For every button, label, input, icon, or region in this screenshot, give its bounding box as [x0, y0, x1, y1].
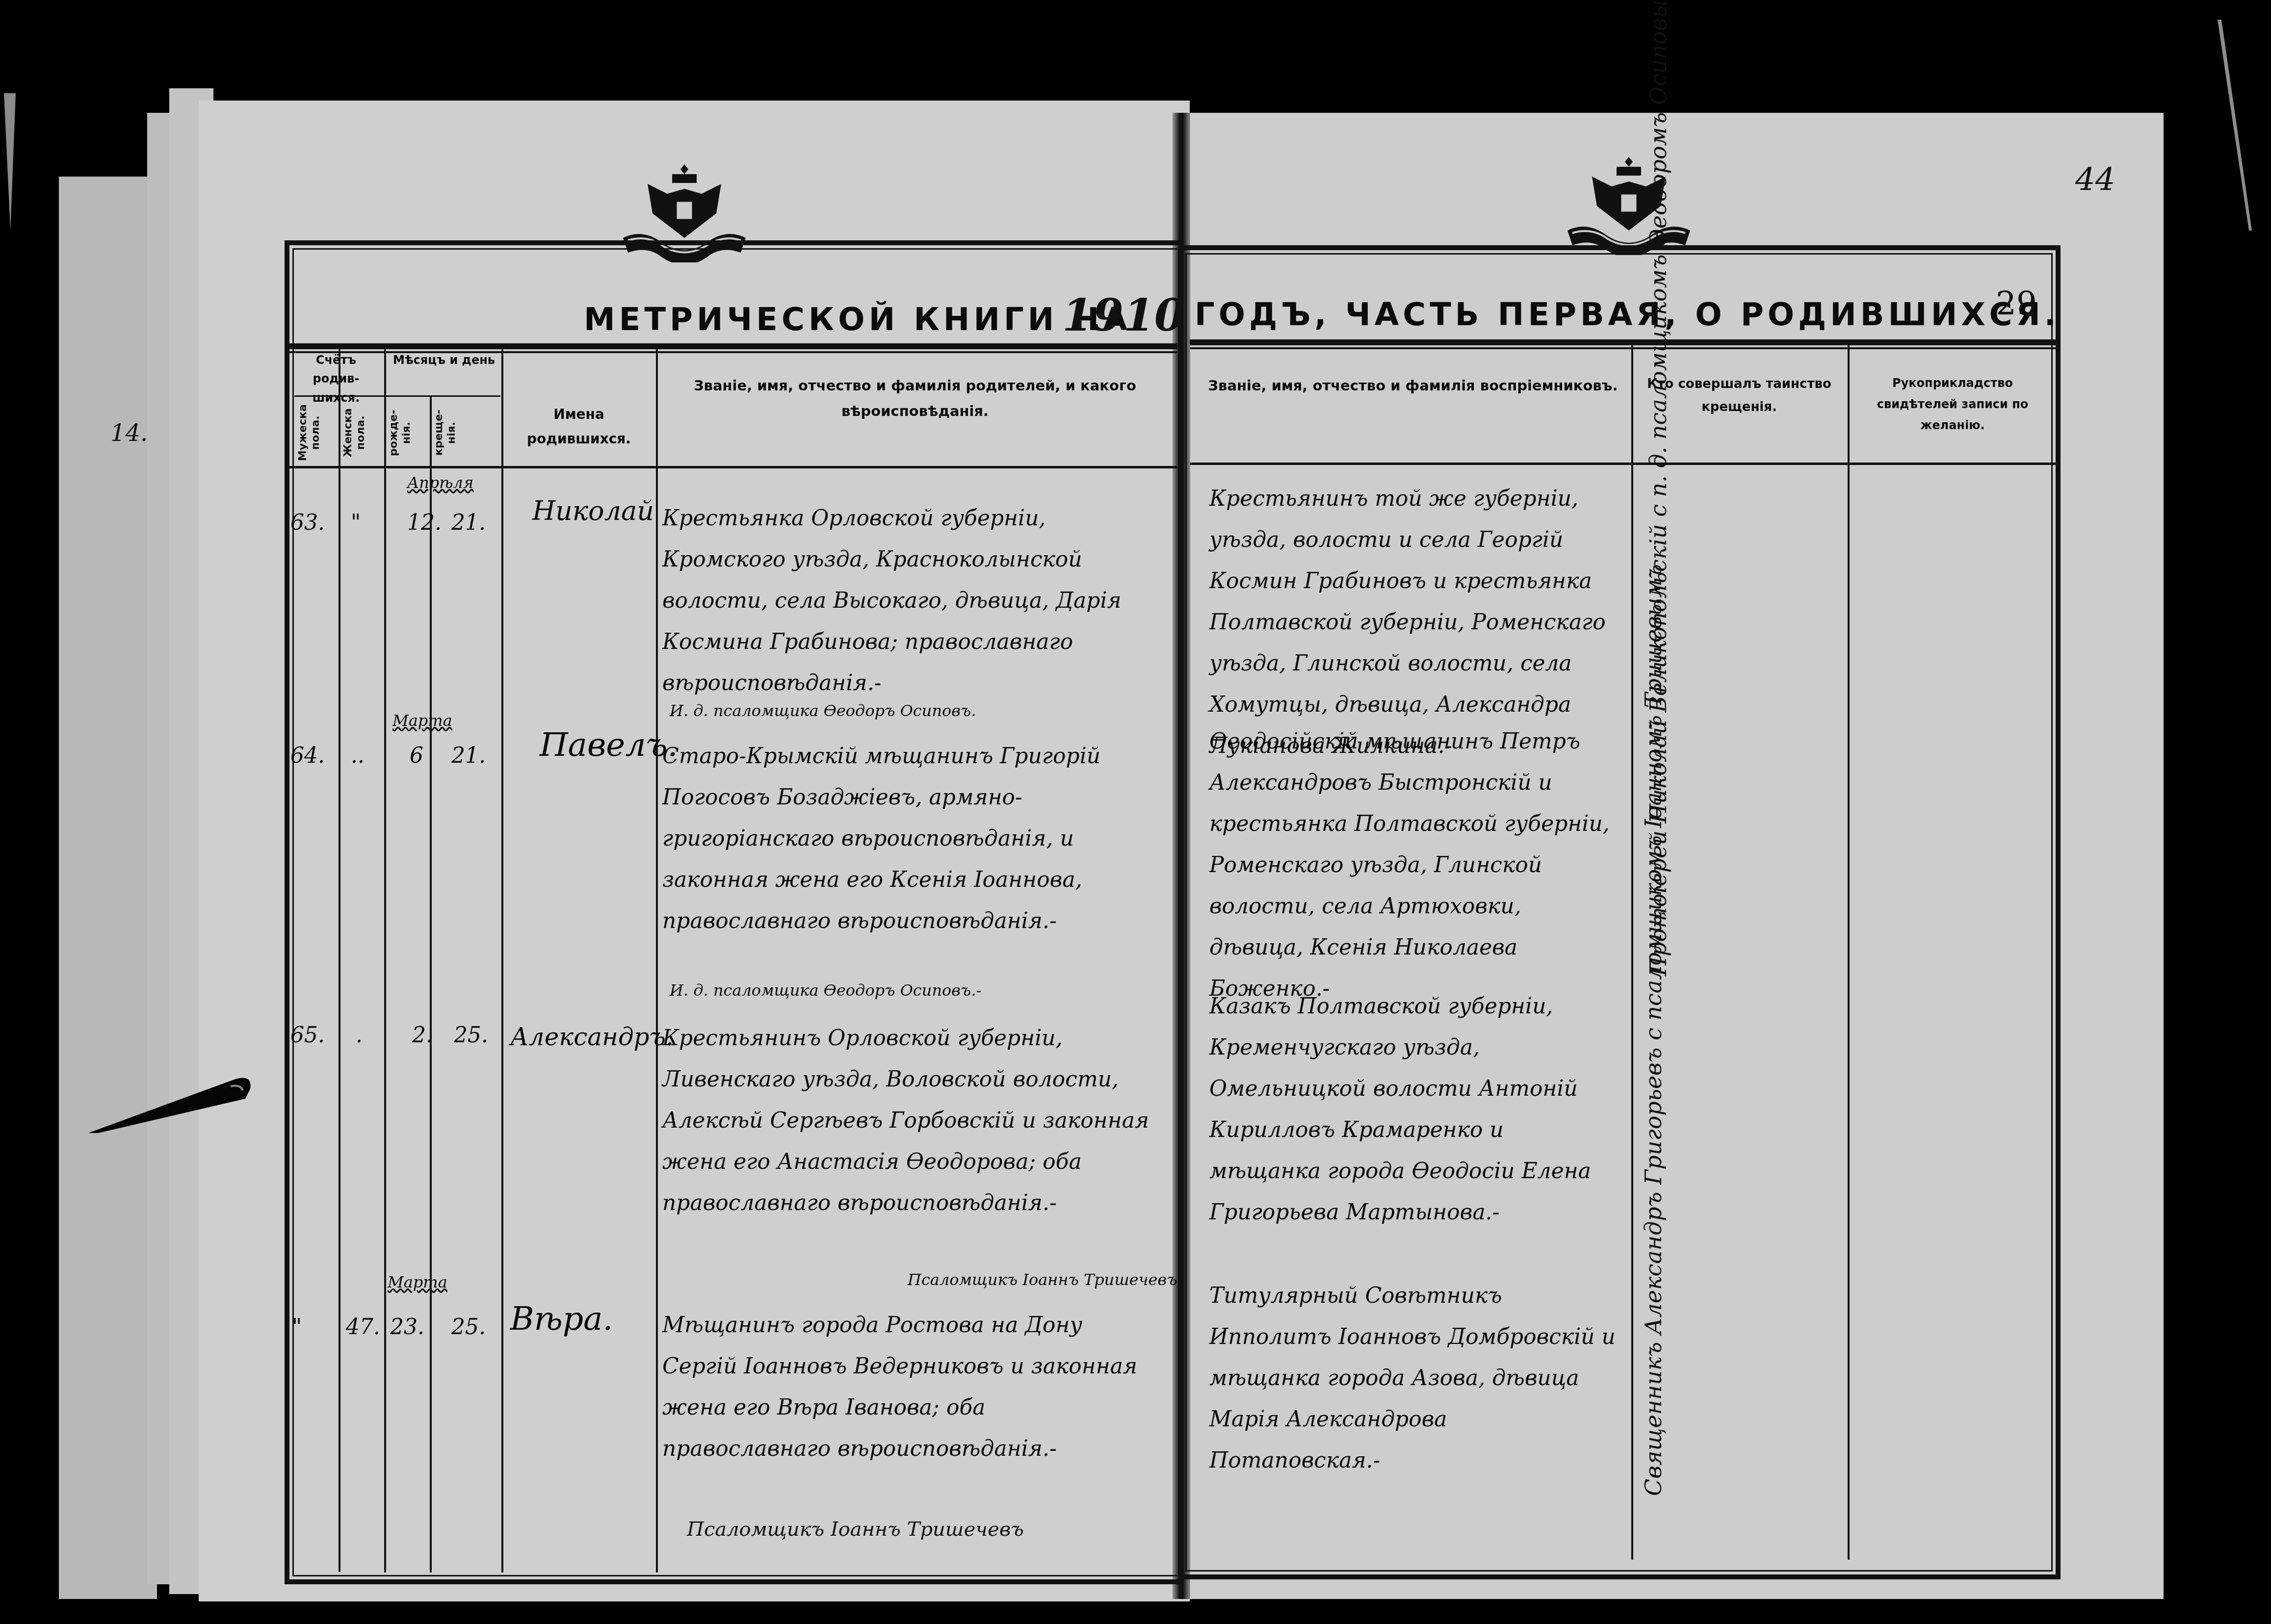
underlying-page-edge [59, 177, 157, 1599]
entry-parents: Мѣщанинъ города Ростова на Дону Сергій І… [662, 1305, 1153, 1469]
entry-baptism-day: 21. [451, 743, 486, 768]
column-divider [1848, 343, 1850, 1560]
column-divider [501, 346, 503, 1572]
handwritten-year: 1910 [1062, 289, 1185, 341]
header-parents: Званіе, имя, отчество и фамилія родителе… [660, 373, 1170, 424]
entry-female-number: " [351, 510, 361, 535]
header-birth-date: рожде-нія. [388, 402, 427, 464]
footer-signature: Псаломщикъ Іоаннъ Тришечевъ [687, 1518, 1024, 1541]
page-title-right: ГОДЪ, ЧАСТЬ ПЕРВАЯ, О РОДИВШИХСЯ. [1195, 297, 2060, 333]
column-divider [1631, 343, 1633, 1560]
entry-parents: Старо-Крымскій мѣщанинъ Григорій Погосов… [662, 736, 1153, 942]
entry-note: И. д. псаломщика Ѳеодоръ Осиповъ. [670, 701, 976, 720]
header-top-rule [289, 343, 1177, 349]
header-female: Женска пола. [342, 402, 381, 464]
entry-birth-day: 6 [410, 743, 423, 768]
page-title-left: МЕТРИЧЕСКОЙ КНИГИ НА [584, 302, 1131, 338]
officiant-signature: Священникъ Александръ Григорьевъ с псало… [1636, 981, 1671, 1496]
paper-sliver-right [2208, 20, 2257, 235]
entry-baptism-day: 25. [451, 1315, 486, 1340]
header-male: Мужеска пола. [297, 402, 336, 464]
entry-godparents: Ѳеодосійскій мѣщанинъ Петръ Александровъ… [1209, 721, 1621, 1009]
entry-month: Марта [392, 711, 452, 730]
scanned-book-spread: 14. 44 МЕТРИЧЕСКОЙ КНИГИ НА 1910 ГОДЪ, Ч… [0, 0, 2271, 1624]
entry-male-number: 63. [290, 510, 325, 535]
entry-female-number: .. [351, 743, 365, 768]
entry-note: И. д. псаломщика Ѳеодоръ Осиповъ.- [670, 981, 981, 1000]
entry-male-number: 65. [290, 1023, 325, 1048]
entry-female-number: . [356, 1023, 363, 1048]
entry-female-number: 47. [346, 1315, 380, 1340]
entry-parents: Крестьянка Орловской губерніи, Кромского… [662, 498, 1153, 704]
archive-folio-number: 44 [2075, 162, 2115, 198]
column-divider [430, 395, 432, 1572]
entry-baptism-day: 21. [451, 510, 486, 535]
header-godparents: Званіе, имя, отчество и фамилія воспріем… [1202, 373, 1624, 398]
header-date-group: Мѣсяцъ и день [388, 351, 500, 369]
entry-godparents: Титулярный Совѣтникъ Ипполитъ Іоанновъ Д… [1209, 1275, 1621, 1481]
column-divider [339, 346, 340, 1572]
entry-month: Апрѣля [407, 473, 473, 492]
header-bottom-rule [289, 466, 1177, 468]
entry-male-number: 64. [290, 743, 325, 768]
header-baptism-date: креще-нія. [433, 402, 499, 464]
header-top-rule [1190, 339, 2056, 345]
header-names: Имена родившихся. [505, 402, 653, 452]
margin-note: 14. [110, 419, 148, 447]
entry-child-name: Николай [532, 495, 654, 526]
entry-birth-day: 12. [407, 510, 442, 535]
header-count-group: Счётъ родив-шихся. [292, 351, 380, 407]
pen-object-icon [88, 1074, 255, 1133]
entry-baptism-day: 25. [454, 1023, 488, 1048]
imperial-eagle-emblem-icon [1563, 147, 1695, 255]
entry-note: Псаломщикъ Іоаннъ Тришечевъ [908, 1270, 1177, 1289]
entry-child-name: Александръ. [510, 1023, 674, 1051]
entry-birth-day: 23. [390, 1315, 424, 1340]
entry-male-number: " [292, 1315, 302, 1340]
paper-sliver [4, 93, 16, 231]
header-bottom-rule [1190, 463, 2056, 465]
entry-birth-day: 2. [412, 1023, 433, 1048]
header-witness-signatures: Рукоприкладство свидѣтелей записи по жел… [1852, 373, 2053, 437]
entry-child-name: Вѣра. [510, 1300, 613, 1338]
page-number: 29 [1996, 284, 2037, 322]
entry-child-name: Павелъ. [540, 726, 678, 764]
column-divider [384, 346, 386, 1572]
entry-godparents: Казакъ Полтавской губерніи, Кременчугска… [1209, 986, 1621, 1233]
column-divider [656, 346, 658, 1572]
entry-month: Марта [388, 1273, 447, 1291]
entry-parents: Крестьянинъ Орловской губерніи, Ливенска… [662, 1018, 1153, 1224]
